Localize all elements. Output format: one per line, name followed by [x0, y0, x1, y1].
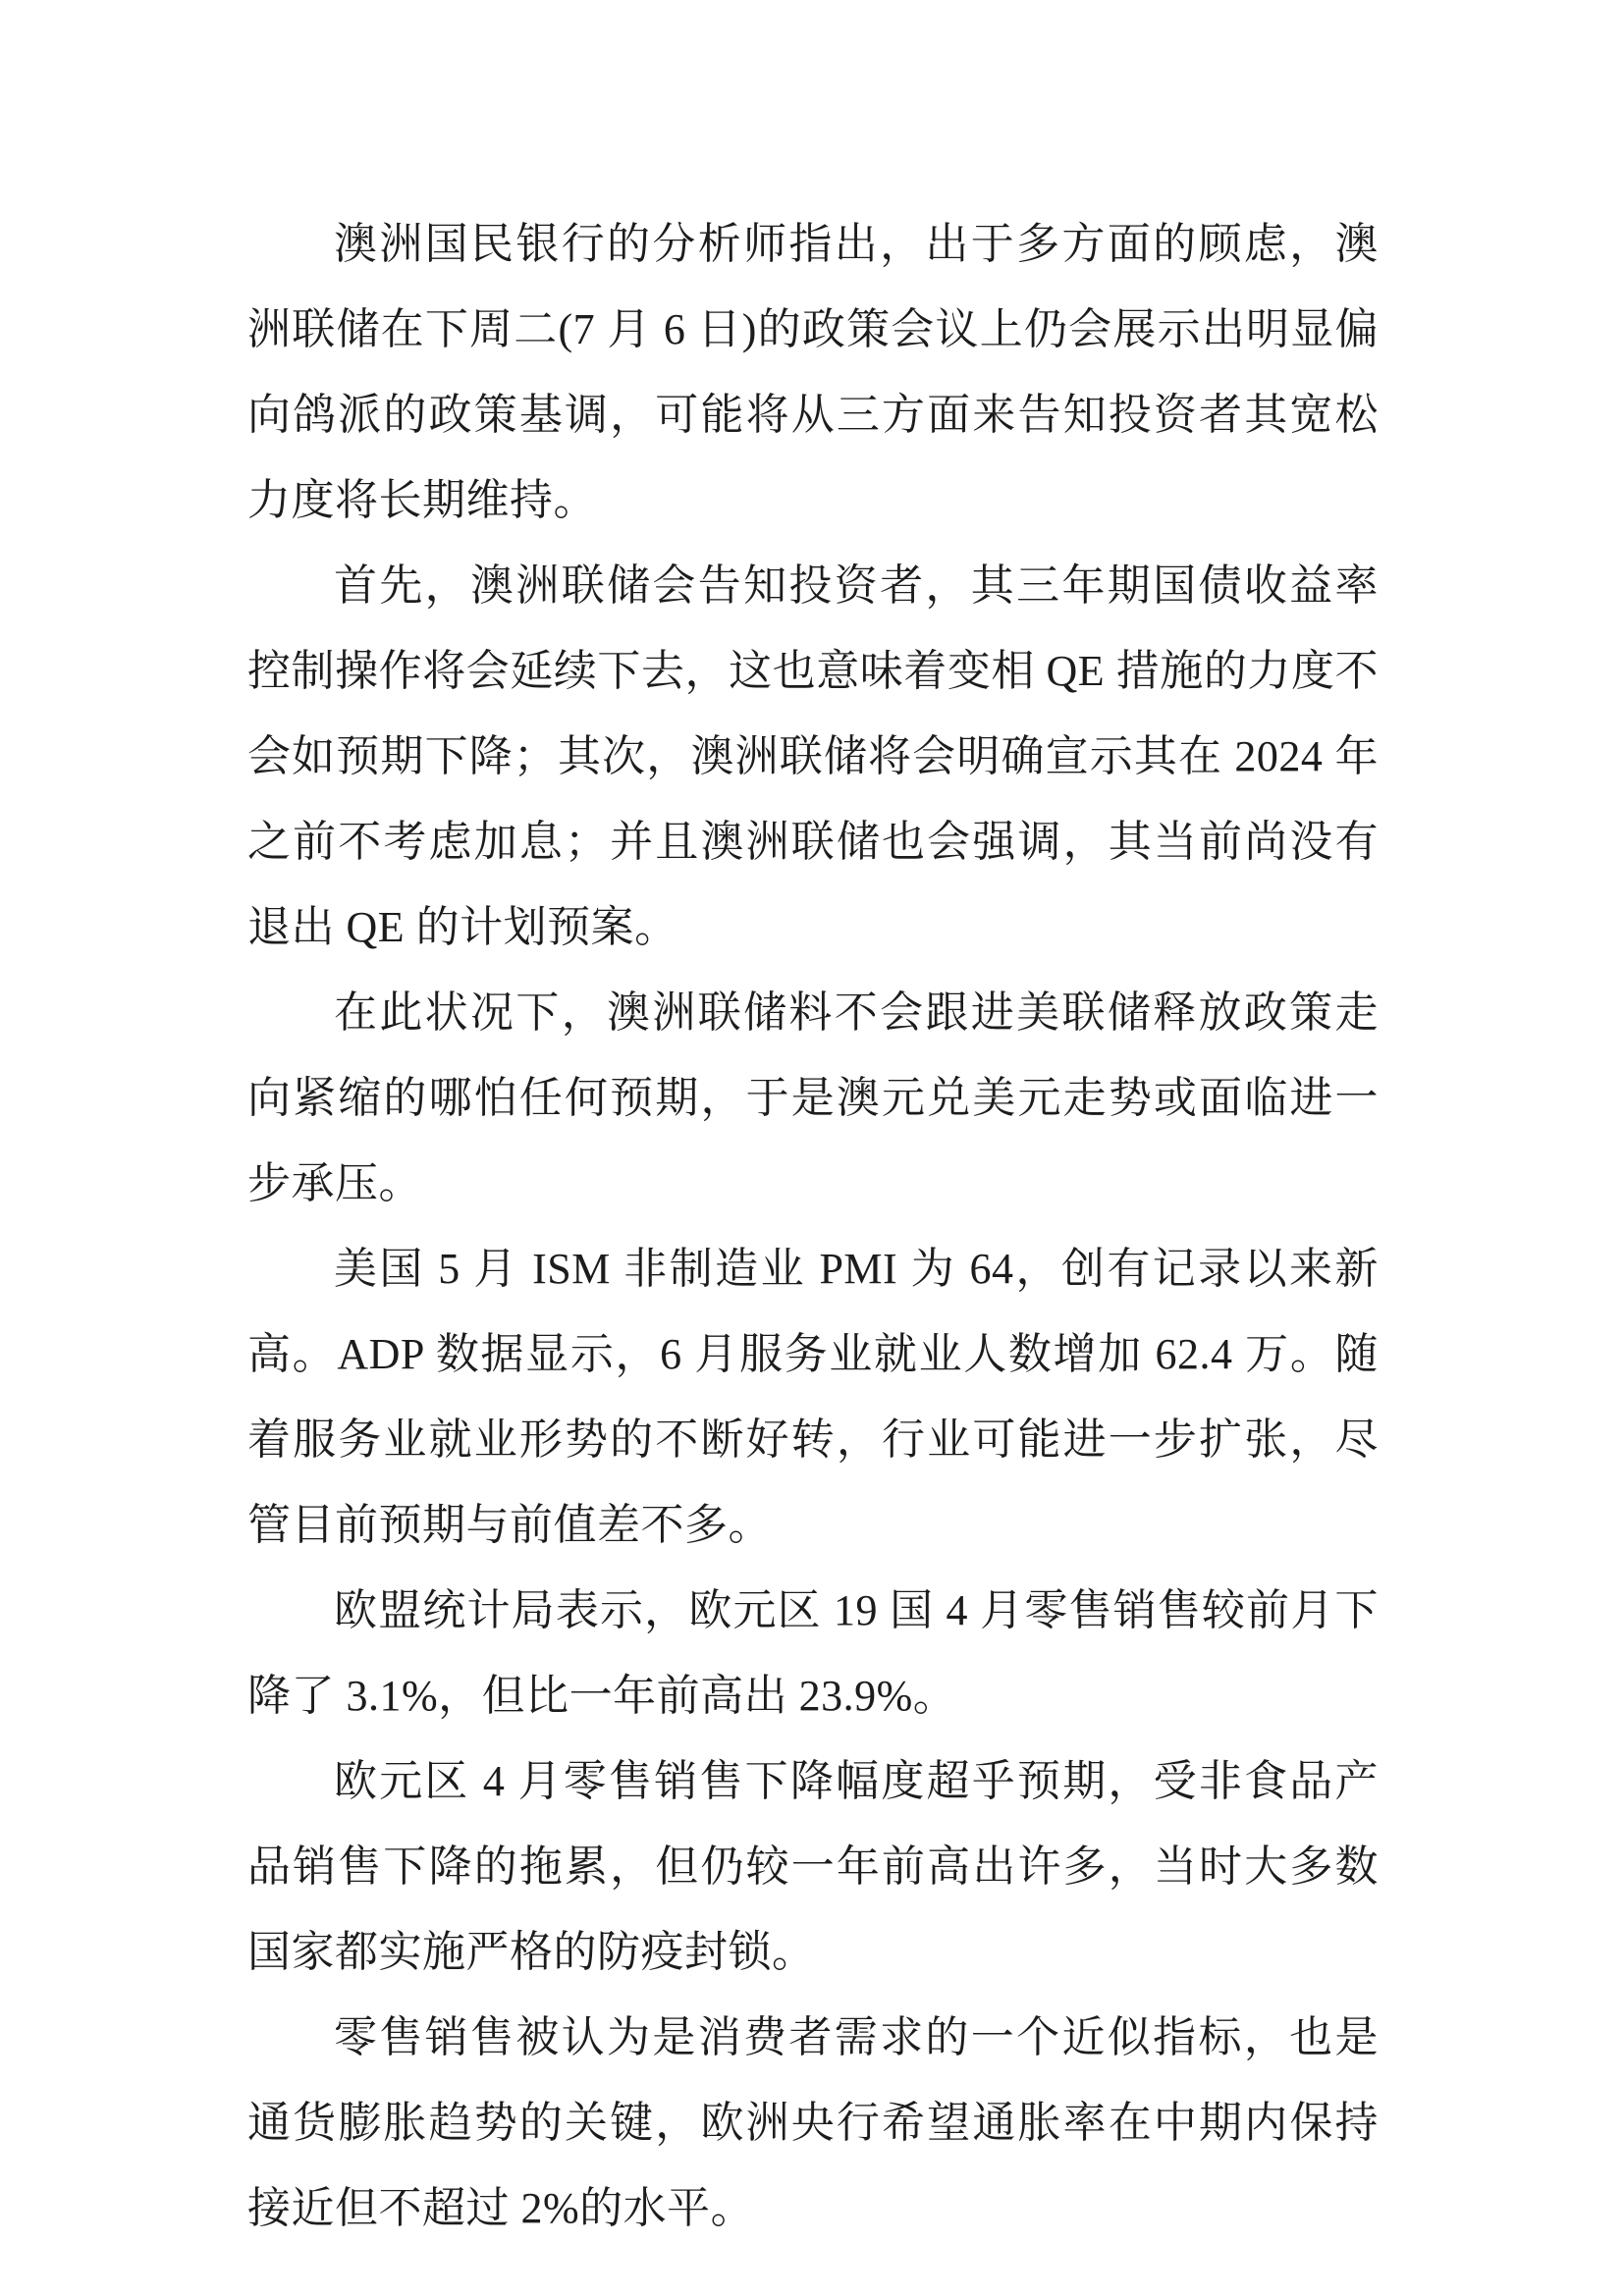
paragraph-aud-pressure: 在此状况下，澳洲联储料不会跟进美联储释放政策走向紧缩的哪怕任何预期，于是澳元兑美…: [247, 970, 1379, 1226]
paragraph-rba-three-points: 首先，澳洲联储会告知投资者，其三年期国债收益率控制操作将会延续下去，这也意味着变…: [247, 543, 1379, 970]
paragraph-eurostat-retail: 欧盟统计局表示，欧元区 19 国 4 月零售销售较前月下降了 3.1%，但比一年…: [247, 1568, 1379, 1738]
paragraph-retail-inflation-ecb: 零售销售被认为是消费者需求的一个近似指标，也是通货膨胀趋势的关键，欧洲央行希望通…: [247, 1995, 1379, 2251]
paragraph-rba-dovish-tone: 澳洲国民银行的分析师指出，出于多方面的顾虑，澳洲联储在下周二(7 月 6 日)的…: [247, 201, 1379, 543]
paragraph-eurozone-retail-drop: 欧元区 4 月零售销售下降幅度超乎预期，受非食品产品销售下降的拖累，但仍较一年前…: [247, 1738, 1379, 1995]
document-body: 澳洲国民银行的分析师指出，出于多方面的顾虑，澳洲联储在下周二(7 月 6 日)的…: [247, 201, 1379, 2251]
document-page: 澳洲国民银行的分析师指出，出于多方面的顾虑，澳洲联储在下周二(7 月 6 日)的…: [0, 0, 1624, 2296]
paragraph-us-ism-adp: 美国 5 月 ISM 非制造业 PMI 为 64，创有记录以来新高。ADP 数据…: [247, 1226, 1379, 1568]
